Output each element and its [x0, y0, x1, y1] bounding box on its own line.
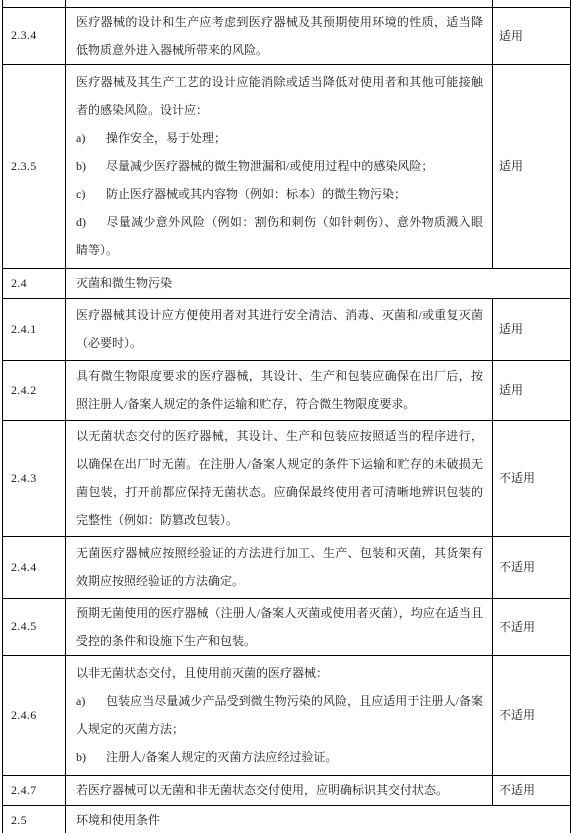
section-number: 2.4 [3, 268, 66, 298]
clause-text: 医疗器械其设计应方便使用者对其进行安全清洁、消毒、灭菌和/或重复灭菌（必要时）。 [76, 301, 483, 357]
clause-text-cell: 医疗器械其设计应方便使用者对其进行安全清洁、消毒、灭菌和/或重复灭菌（必要时）。 [66, 298, 493, 360]
list-item-text: 尽量减少医疗器械的微生物泄漏和/或使用过程中的感染风险； [106, 159, 433, 173]
clause-text: 若医疗器械可以无菌和非无菌状态交付使用，应明确标识其交付状态。 [76, 776, 483, 804]
clause-text-cell: 预期无菌使用的医疗器械（注册人/备案人灭菌或使用者灭菌），均应在适当且受控的条件… [66, 598, 493, 655]
clause-text: 具有微生物限度要求的医疗器械，其设计、生产和包装应确保在出厂后，按照注册人/备案… [76, 362, 483, 418]
table-row: 2.4.4 无菌医疗器械应按照经验证的方法进行加工、生产、包装和灭菌，其货架有效… [3, 536, 571, 598]
table-row: 2.4.7 若医疗器械可以无菌和非无菌状态交付使用，应明确标识其交付状态。 不适… [3, 775, 571, 805]
status-badge: 适用 [493, 64, 571, 268]
clause-number: 2.3.4 [3, 7, 66, 64]
table-row: 2.3.4 医疗器械的设计和生产应考虑到医疗器械及其预期使用环境的性质，适当降低… [3, 7, 571, 64]
table-row: 2.4.2 具有微生物限度要求的医疗器械，其设计、生产和包装应确保在出厂后，按照… [3, 360, 571, 420]
safety-requirements-table: 2.3.4 医疗器械的设计和生产应考虑到医疗器械及其预期使用环境的性质，适当降低… [2, 0, 571, 833]
clause-text-cell: 医疗器械的设计和生产应考虑到医疗器械及其预期使用环境的性质，适当降低物质意外进入… [66, 7, 493, 64]
section-row: 2.5 环境和使用条件 [3, 805, 571, 833]
clause-text: 无菌医疗器械应按照经验证的方法进行加工、生产、包装和灭菌，其货架有效期应按照经验… [76, 539, 483, 595]
table-row: 2.4.3 以无菌状态交付的医疗器械，其设计、生产和包装应按照适当的程序进行，以… [3, 420, 571, 536]
status-badge: 适用 [493, 298, 571, 360]
status-badge: 不适用 [493, 775, 571, 805]
clause-number-cell [3, 0, 66, 7]
status-badge: 不适用 [493, 536, 571, 598]
clause-number: 2.4.4 [3, 536, 66, 598]
list-item-text: 包装应当尽量减少产品受到微生物污染的风险，且应适用于注册人/备案人规定的灭菌方法… [76, 694, 483, 736]
clause-text-cell: 具有微生物限度要求的医疗器械，其设计、生产和包装应确保在出厂后，按照注册人/备案… [66, 360, 493, 420]
list-item: b)尽量减少医疗器械的微生物泄漏和/或使用过程中的感染风险； [76, 152, 483, 180]
list-item-text: 尽量减少意外风险（例如：割伤和刺伤（如针刺伤）、意外物质溅入眼睛等）。 [76, 215, 483, 257]
clause-text-cell: 医疗器械及其生产工艺的设计应能消除或适当降低对使用者和其他可能接触者的感染风险。… [66, 64, 493, 268]
clause-text-cell [66, 0, 493, 7]
list-item-marker: a) [76, 687, 106, 715]
clause-intro: 以非无菌状态交付，且使用前灭菌的医疗器械： [76, 659, 483, 687]
list-item-marker: b) [76, 152, 106, 180]
list-item-text: 操作安全，易于处理； [106, 131, 226, 145]
clause-text-cell: 以无菌状态交付的医疗器械，其设计、生产和包装应按照适当的程序进行，以确保在出厂时… [66, 420, 493, 536]
clause-text: 医疗器械的设计和生产应考虑到医疗器械及其预期使用环境的性质，适当降低物质意外进入… [76, 8, 483, 64]
clause-number: 2.4.2 [3, 360, 66, 420]
status-badge: 不适用 [493, 655, 571, 775]
status-badge: 不适用 [493, 420, 571, 536]
clause-number: 2.3.5 [3, 64, 66, 268]
list-item: b)注册人/备案人规定的灭菌方法应经过验证。 [76, 743, 483, 771]
document-page: 2.3.4 医疗器械的设计和生产应考虑到医疗器械及其预期使用环境的性质，适当降低… [0, 0, 572, 833]
list-item-marker: c) [76, 180, 106, 208]
status-badge: 适用 [493, 7, 571, 64]
list-item: a)包装应当尽量减少产品受到微生物污染的风险，且应适用于注册人/备案人规定的灭菌… [76, 687, 483, 743]
list-item: d)尽量减少意外风险（例如：割伤和刺伤（如针刺伤）、意外物质溅入眼睛等）。 [76, 208, 483, 264]
table-row-partial [3, 0, 571, 7]
list-item-text: 防止医疗器械或其内容物（例如：标本）的微生物污染； [106, 187, 406, 201]
clause-number: 2.4.7 [3, 775, 66, 805]
clause-intro: 医疗器械及其生产工艺的设计应能消除或适当降低对使用者和其他可能接触者的感染风险。… [76, 68, 483, 124]
list-item: c)防止医疗器械或其内容物（例如：标本）的微生物污染； [76, 180, 483, 208]
clause-number: 2.4.5 [3, 598, 66, 655]
clause-number: 2.4.6 [3, 655, 66, 775]
section-number: 2.5 [3, 805, 66, 833]
status-cell [493, 0, 571, 7]
table-row: 2.4.1 医疗器械其设计应方便使用者对其进行安全清洁、消毒、灭菌和/或重复灭菌… [3, 298, 571, 360]
clause-text: 以无菌状态交付的医疗器械，其设计、生产和包装应按照适当的程序进行，以确保在出厂时… [76, 422, 483, 534]
section-title: 灭菌和微生物污染 [66, 268, 571, 298]
section-title: 环境和使用条件 [66, 805, 571, 833]
clause-text-cell: 无菌医疗器械应按照经验证的方法进行加工、生产、包装和灭菌，其货架有效期应按照经验… [66, 536, 493, 598]
table-row: 2.3.5 医疗器械及其生产工艺的设计应能消除或适当降低对使用者和其他可能接触者… [3, 64, 571, 268]
list-item-marker: d) [76, 208, 106, 236]
clause-text: 预期无菌使用的医疗器械（注册人/备案人灭菌或使用者灭菌），均应在适当且受控的条件… [76, 599, 483, 655]
clause-number: 2.4.1 [3, 298, 66, 360]
clause-text-cell: 若医疗器械可以无菌和非无菌状态交付使用，应明确标识其交付状态。 [66, 775, 493, 805]
table-row: 2.4.6 以非无菌状态交付，且使用前灭菌的医疗器械： a)包装应当尽量减少产品… [3, 655, 571, 775]
clause-text-cell: 以非无菌状态交付，且使用前灭菌的医疗器械： a)包装应当尽量减少产品受到微生物污… [66, 655, 493, 775]
table-row: 2.4.5 预期无菌使用的医疗器械（注册人/备案人灭菌或使用者灭菌），均应在适当… [3, 598, 571, 655]
clause-number: 2.4.3 [3, 420, 66, 536]
list-item-marker: b) [76, 743, 106, 771]
section-row: 2.4 灭菌和微生物污染 [3, 268, 571, 298]
status-badge: 适用 [493, 360, 571, 420]
status-badge: 不适用 [493, 598, 571, 655]
list-item-text: 注册人/备案人规定的灭菌方法应经过验证。 [106, 750, 337, 764]
list-item: a)操作安全，易于处理； [76, 124, 483, 152]
list-item-marker: a) [76, 124, 106, 152]
